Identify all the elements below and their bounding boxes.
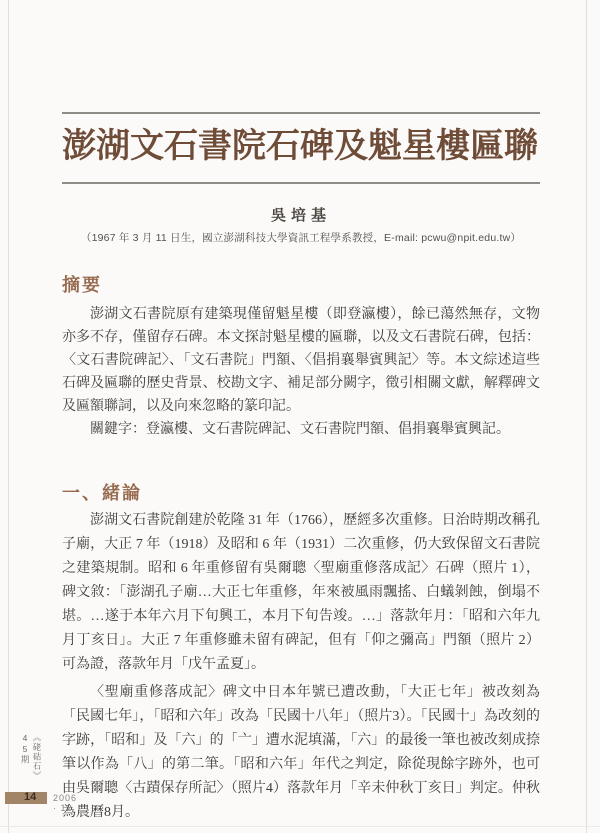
introduction-paragraph-1: 澎湖文石書院創建於乾隆 31 年（1766），歷經多次重修。日治時期改稱孔子廟，… bbox=[62, 509, 540, 677]
section-heading-introduction: 一、緒論 bbox=[62, 479, 540, 505]
author-name: 吳培基 bbox=[62, 204, 540, 225]
page-edge-left bbox=[8, 0, 9, 833]
footer-page-number: 14 bbox=[24, 791, 36, 803]
journal-name-vertical-label: 《硓𥑮石》45期 bbox=[19, 733, 43, 795]
footer-issue-date: 2006 · 12 bbox=[53, 793, 77, 813]
abstract-body: 澎湖文石書院原有建築現僅留魁星樓（即登瀛樓），餘已蕩然無存，文物亦多不存，僅留存… bbox=[62, 303, 540, 418]
keywords-line: 關鍵字：登瀛樓、文石書院碑記、文石書院門額、倡捐襄舉賓興記。 bbox=[62, 418, 540, 441]
scanned-journal-page: 澎湖文石書院石碑及魁星樓匾聯 吳培基 （1967 年 3 月 11 日生，國立澎… bbox=[0, 0, 600, 833]
abstract-heading: 摘要 bbox=[62, 271, 540, 297]
title-block: 澎湖文石書院石碑及魁星樓匾聯 bbox=[62, 112, 540, 184]
article-title: 澎湖文石書院石碑及魁星樓匾聯 bbox=[62, 124, 540, 170]
author-affiliation-email: （1967 年 3 月 11 日生，國立澎湖科技大學資訊工程學系教授，E-mai… bbox=[62, 230, 540, 245]
page-edge-right bbox=[586, 0, 587, 833]
page-edge-bottom bbox=[0, 826, 600, 827]
article-content: 澎湖文石書院石碑及魁星樓匾聯 吳培基 （1967 年 3 月 11 日生，國立澎… bbox=[62, 112, 540, 825]
introduction-paragraph-2: 〈聖廟重修落成記〉碑文中日本年號已遭改動，「大正七年」被改刻為「民國七年」，「昭… bbox=[62, 681, 540, 825]
